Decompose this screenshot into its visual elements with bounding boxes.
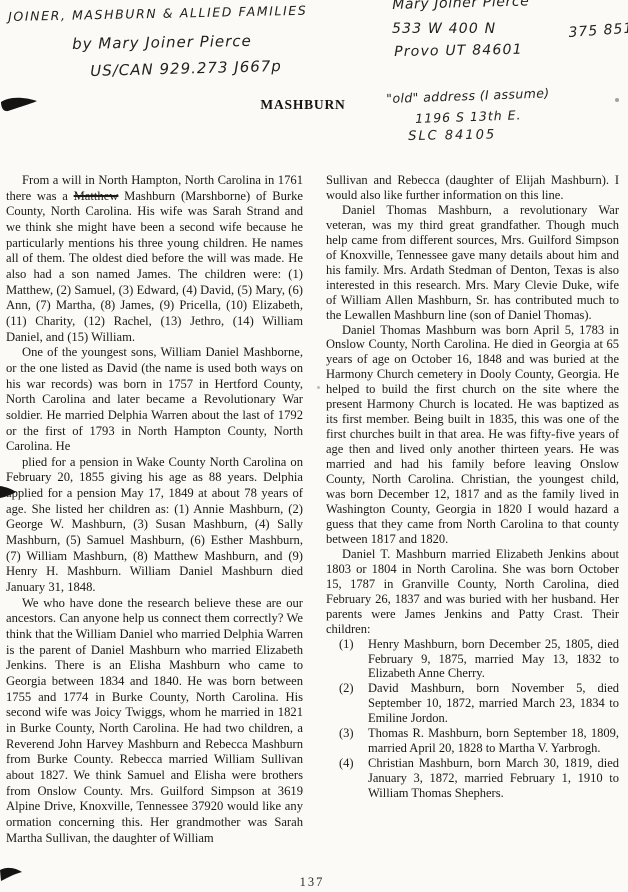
left-column: From a will in North Hampton, North Caro… (6, 173, 303, 846)
paragraph-marriage: Daniel T. Mashburn married Elizabeth Jen… (326, 547, 619, 637)
ink-blot-top-left (0, 94, 42, 118)
paragraph-daniel-thomas: Daniel Thomas Mashburn, a revolutionary … (326, 203, 619, 323)
paragraph-research-query: We who have done the research believe th… (6, 596, 303, 847)
list-text: Henry Mashburn, born December 25, 1805, … (368, 637, 619, 681)
paragraph-pension: plied for a pension in Wake County North… (6, 455, 303, 596)
ink-blot-bottom-left (0, 866, 23, 882)
child-list-item: (2) David Mashburn, born November 5, die… (326, 681, 619, 726)
handwritten-phone: 375 8512 (568, 20, 628, 41)
struck-word: Matthew (74, 189, 119, 203)
list-number: (1) (339, 637, 354, 652)
child-list-item: (3) Thomas R. Mashburn, born September 1… (326, 726, 619, 756)
child-list-item: (1) Henry Mashburn, born December 25, 18… (326, 637, 619, 682)
handwritten-call-number: US/CAN 929.273 J667p (90, 57, 282, 80)
list-number: (4) (339, 756, 354, 771)
handwritten-street: 533 W 400 N (392, 21, 496, 37)
paragraph-text: Mashburn (Marshborne) of Burke County, N… (6, 189, 303, 344)
list-number: (2) (339, 681, 354, 696)
list-text: David Mashburn, born November 5, died Se… (368, 681, 619, 725)
handwritten-old-city: SLC 84105 (408, 127, 496, 144)
right-column: Sullivan and Rebecca (daughter of Elijah… (326, 173, 619, 801)
scanned-page: JOINER, MASHBURN & ALLIED FAMILIES by Ma… (0, 0, 628, 892)
list-text: Christian Mashburn, born March 30, 1819,… (368, 756, 619, 800)
handwritten-city: Provo UT 84601 (394, 42, 523, 60)
scan-speck (615, 98, 619, 102)
paragraph-william-daniel: One of the youngest sons, William Daniel… (6, 345, 303, 455)
handwritten-book-title: JOINER, MASHBURN & ALLIED FAMILIES (8, 3, 307, 24)
scan-speck (317, 386, 320, 389)
handwritten-author: by Mary Joiner Pierce (72, 32, 252, 53)
page-number: 137 (282, 875, 342, 890)
child-list-item: (4) Christian Mashburn, born March 30, 1… (326, 756, 619, 801)
paragraph-will-1761: From a will in North Hampton, North Caro… (6, 173, 303, 345)
paragraph-daniel-thomas-life: Daniel Thomas Mashburn was born April 5,… (326, 323, 619, 547)
section-title: MASHBURN (0, 97, 606, 113)
handwritten-name: Mary Joiner Pierce (392, 0, 530, 13)
list-number: (3) (339, 726, 354, 741)
paragraph-continuation: Sullivan and Rebecca (daughter of Elijah… (326, 173, 619, 203)
list-text: Thomas R. Mashburn, born September 18, 1… (368, 726, 619, 755)
